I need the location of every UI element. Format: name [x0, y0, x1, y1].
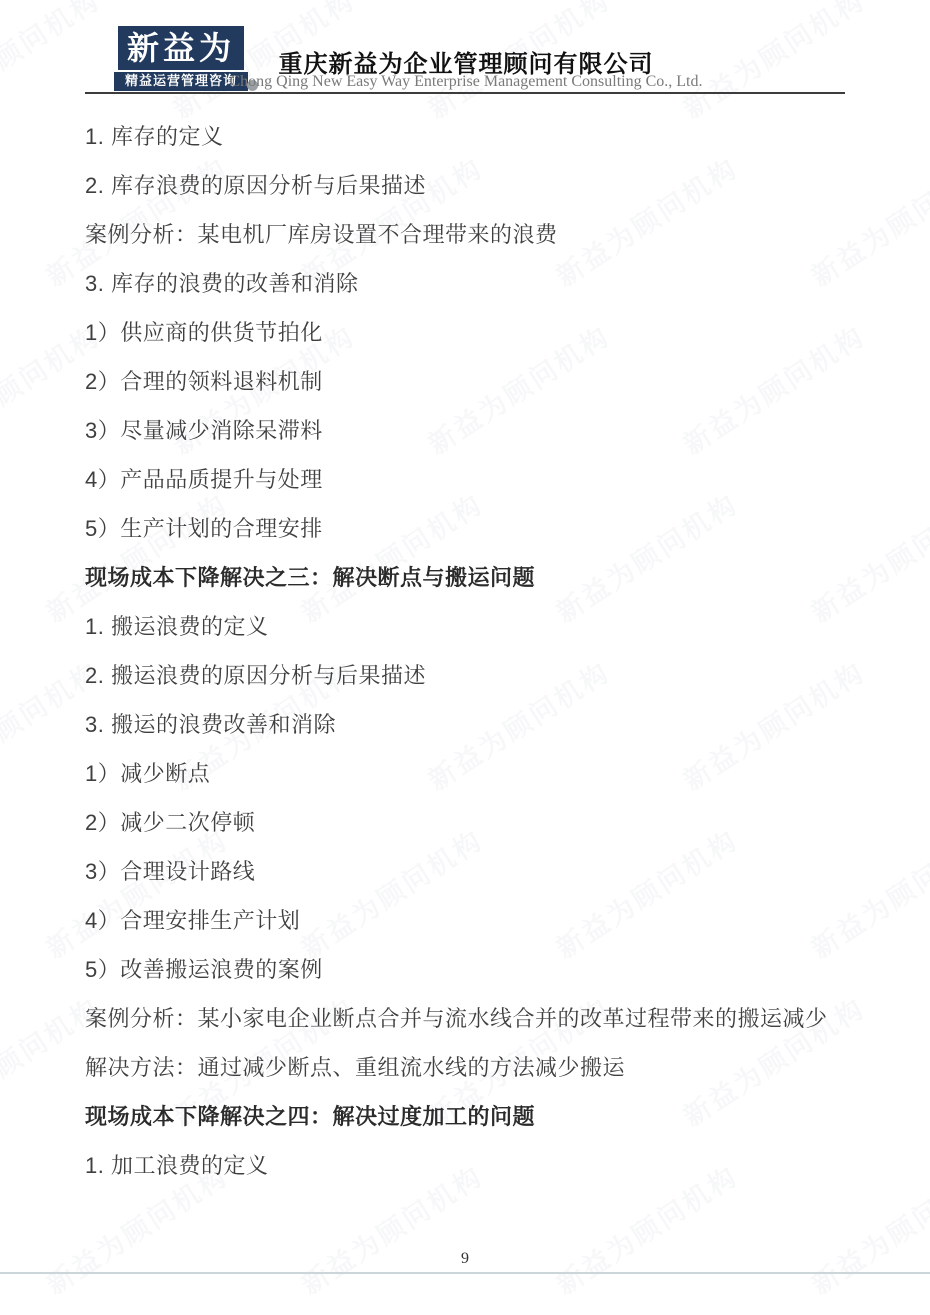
outline-item: 1. 加工浪费的定义 — [85, 1151, 865, 1181]
outline-item: 1）减少断点 — [85, 759, 865, 789]
section-heading: 现场成本下降解决之四：解决过度加工的问题 — [85, 1102, 865, 1132]
outline-item: 4）产品品质提升与处理 — [85, 465, 865, 495]
outline-item: 案例分析：某电机厂库房设置不合理带来的浪费 — [85, 220, 865, 250]
outline-item: 2. 搬运浪费的原因分析与后果描述 — [85, 661, 865, 691]
outline-item: 5）生产计划的合理安排 — [85, 514, 865, 544]
outline-item: 5）改善搬运浪费的案例 — [85, 955, 865, 985]
outline-item: 2）合理的领料退料机制 — [85, 367, 865, 397]
footer-divider — [0, 1272, 930, 1274]
outline-item: 3）合理设计路线 — [85, 857, 865, 887]
outline-item: 3. 搬运的浪费改善和消除 — [85, 710, 865, 740]
outline-item: 解决方法：通过减少断点、重组流水线的方法减少搬运 — [85, 1053, 865, 1083]
outline-item: 1）供应商的供货节拍化 — [85, 318, 865, 348]
page-header: 新益为 精益运营管理咨询 重庆新益为企业管理顾问有限公司 Chong Qing … — [0, 0, 930, 100]
company-name-en: Chong Qing New Easy Way Enterprise Manag… — [160, 73, 772, 91]
outline-item: 案例分析：某小家电企业断点合并与流水线合并的改革过程带来的搬运减少 — [85, 1004, 865, 1034]
page-number: 9 — [0, 1250, 930, 1268]
page-footer: 9 — [0, 1245, 930, 1285]
outline-item: 1. 库存的定义 — [85, 122, 865, 152]
outline-item: 1. 搬运浪费的定义 — [85, 612, 865, 642]
section-heading: 现场成本下降解决之三：解决断点与搬运问题 — [85, 563, 865, 593]
logo-main-text: 新益为 — [118, 26, 244, 70]
document-page: 新益为顾问机构新益为顾问机构新益为顾问机构新益为顾问机构新益为顾问机构新益为顾问… — [0, 0, 930, 1315]
document-body: 1. 库存的定义2. 库存浪费的原因分析与后果描述案例分析：某电机厂库房设置不合… — [85, 122, 865, 1200]
outline-item: 3. 库存的浪费的改善和消除 — [85, 269, 865, 299]
outline-item: 3）尽量减少消除呆滞料 — [85, 416, 865, 446]
outline-item: 2. 库存浪费的原因分析与后果描述 — [85, 171, 865, 201]
outline-item: 4）合理安排生产计划 — [85, 906, 865, 936]
header-divider — [85, 92, 845, 94]
outline-item: 2）减少二次停顿 — [85, 808, 865, 838]
